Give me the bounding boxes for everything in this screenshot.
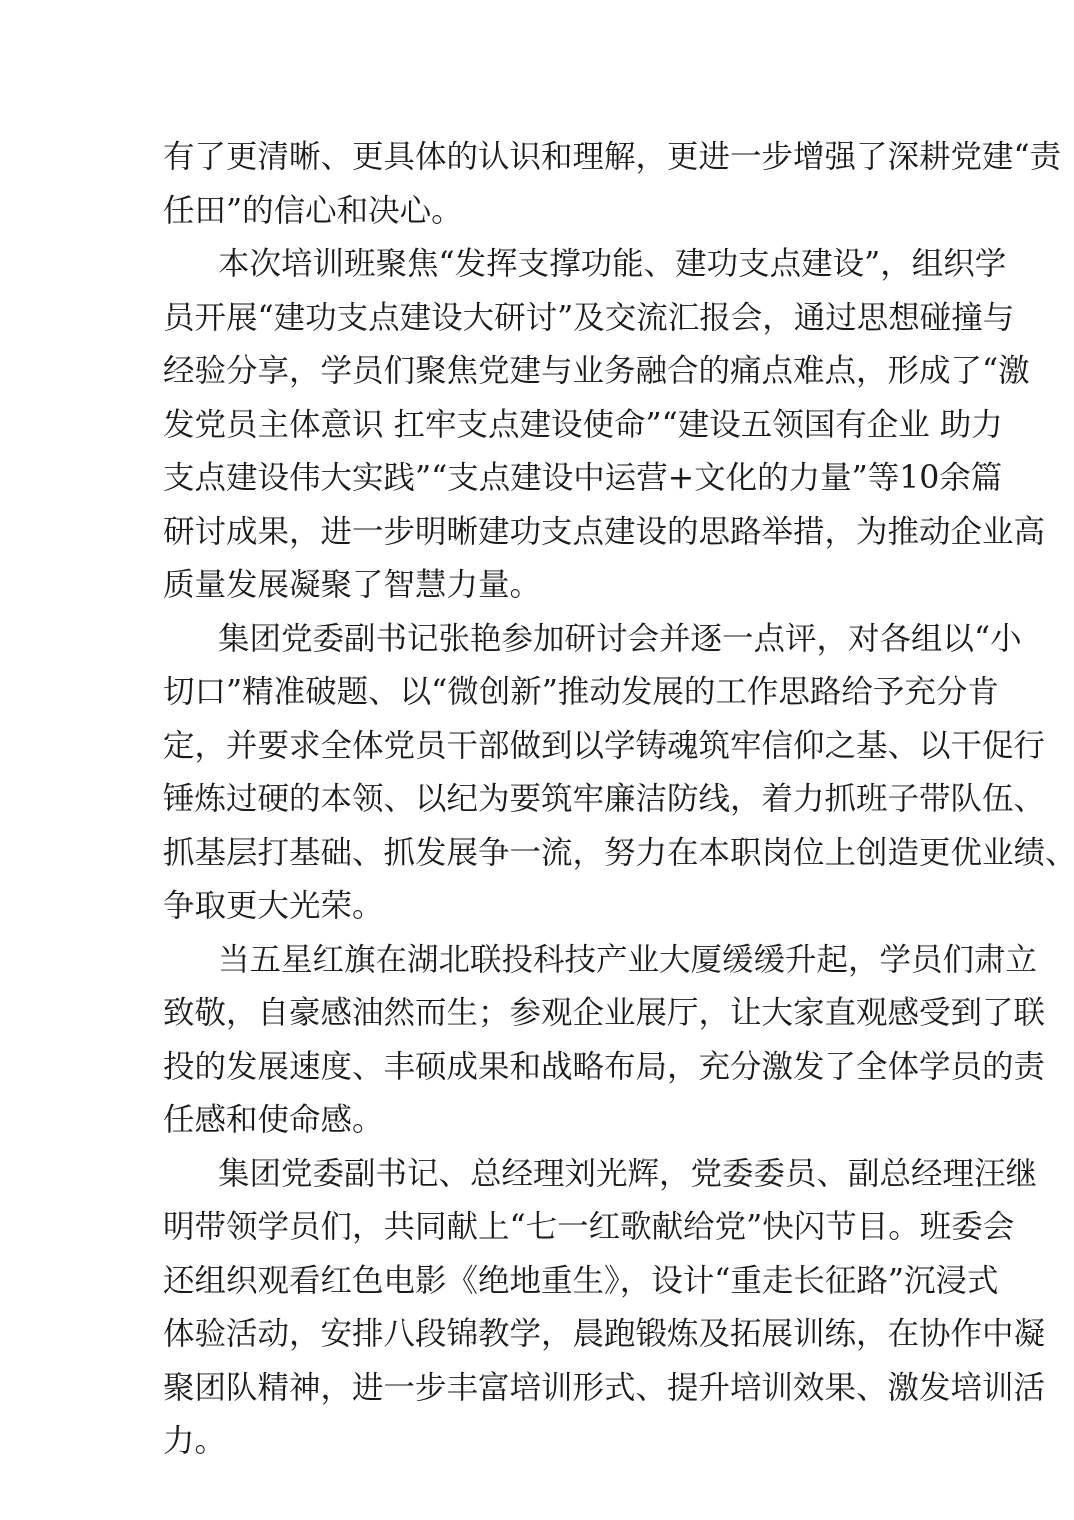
paragraph-start-line: 集团党委副书记张艳参加研讨会并逐一点评，对各组以“小 (218, 619, 915, 659)
text-line: 员开展“建功支点建设大研讨”及交流汇报会，通过思想碰撞与 (163, 298, 915, 338)
text-line: 任田”的信心和决心。 (163, 191, 915, 231)
text-line: 还组织观看红色电影《绝地重生》，设计“重走长征路”沉浸式 (163, 1261, 915, 1301)
text-line: 支点建设伟大实践”“支点建设中运营+文化的力量”等10余篇 (163, 458, 915, 498)
text-line: 研讨成果，进一步明晰建功支点建设的思路举措，为推动企业高 (163, 512, 915, 552)
text-line: 力。 (163, 1421, 915, 1461)
text-line: 锤炼过硬的本领、以纪为要筑牢廉洁防线，着力抓班子带队伍、 (163, 779, 915, 819)
text-line: 争取更大光荣。 (163, 886, 915, 926)
text-line: 明带领学员们，共同献上“七一红歌献给党”快闪节目。班委会 (163, 1207, 915, 1247)
text-line: 切口”精准破题、以“微创新”推动发展的工作思路给予充分肯 (163, 672, 915, 712)
document-page: 有了更清晰、更具体的认识和理解，更进一步增强了深耕党建“责 任田”的信心和决心。… (0, 0, 1074, 1520)
paragraph-start-line: 本次培训班聚焦“发挥支撑功能、建功支点建设”，组织学 (218, 244, 915, 284)
text-line: 有了更清晰、更具体的认识和理解，更进一步增强了深耕党建“责 (163, 137, 915, 177)
text-line: 任感和使命感。 (163, 1100, 915, 1140)
text-line: 质量发展凝聚了智慧力量。 (163, 565, 915, 605)
text-line: 定，并要求全体党员干部做到以学铸魂筑牢信仰之基、以干促行 (163, 726, 915, 766)
text-line: 经验分享，学员们聚焦党建与业务融合的痛点难点，形成了“激 (163, 351, 915, 391)
text-line: 投的发展速度、丰硕成果和战略布局，充分激发了全体学员的责 (163, 1047, 915, 1087)
text-line: 致敬，自豪感油然而生；参观企业展厅，让大家直观感受到了联 (163, 993, 915, 1033)
paragraph-start-line: 当五星红旗在湖北联投科技产业大厦缓缓升起，学员们肃立 (218, 940, 915, 980)
text-line: 抓基层打基础、抓发展争一流，努力在本职岗位上创造更优业绩、 (163, 833, 915, 873)
text-line: 聚团队精神，进一步丰富培训形式、提升培训效果、激发培训活 (163, 1368, 915, 1408)
text-line: 发党员主体意识 扛牢支点建设使命”“建设五领国有企业 助力 (163, 405, 915, 445)
text-line: 体验活动，安排八段锦教学，晨跑锻炼及拓展训练，在协作中凝 (163, 1314, 915, 1354)
paragraph-start-line: 集团党委副书记、总经理刘光辉，党委委员、副总经理汪继 (218, 1154, 915, 1194)
